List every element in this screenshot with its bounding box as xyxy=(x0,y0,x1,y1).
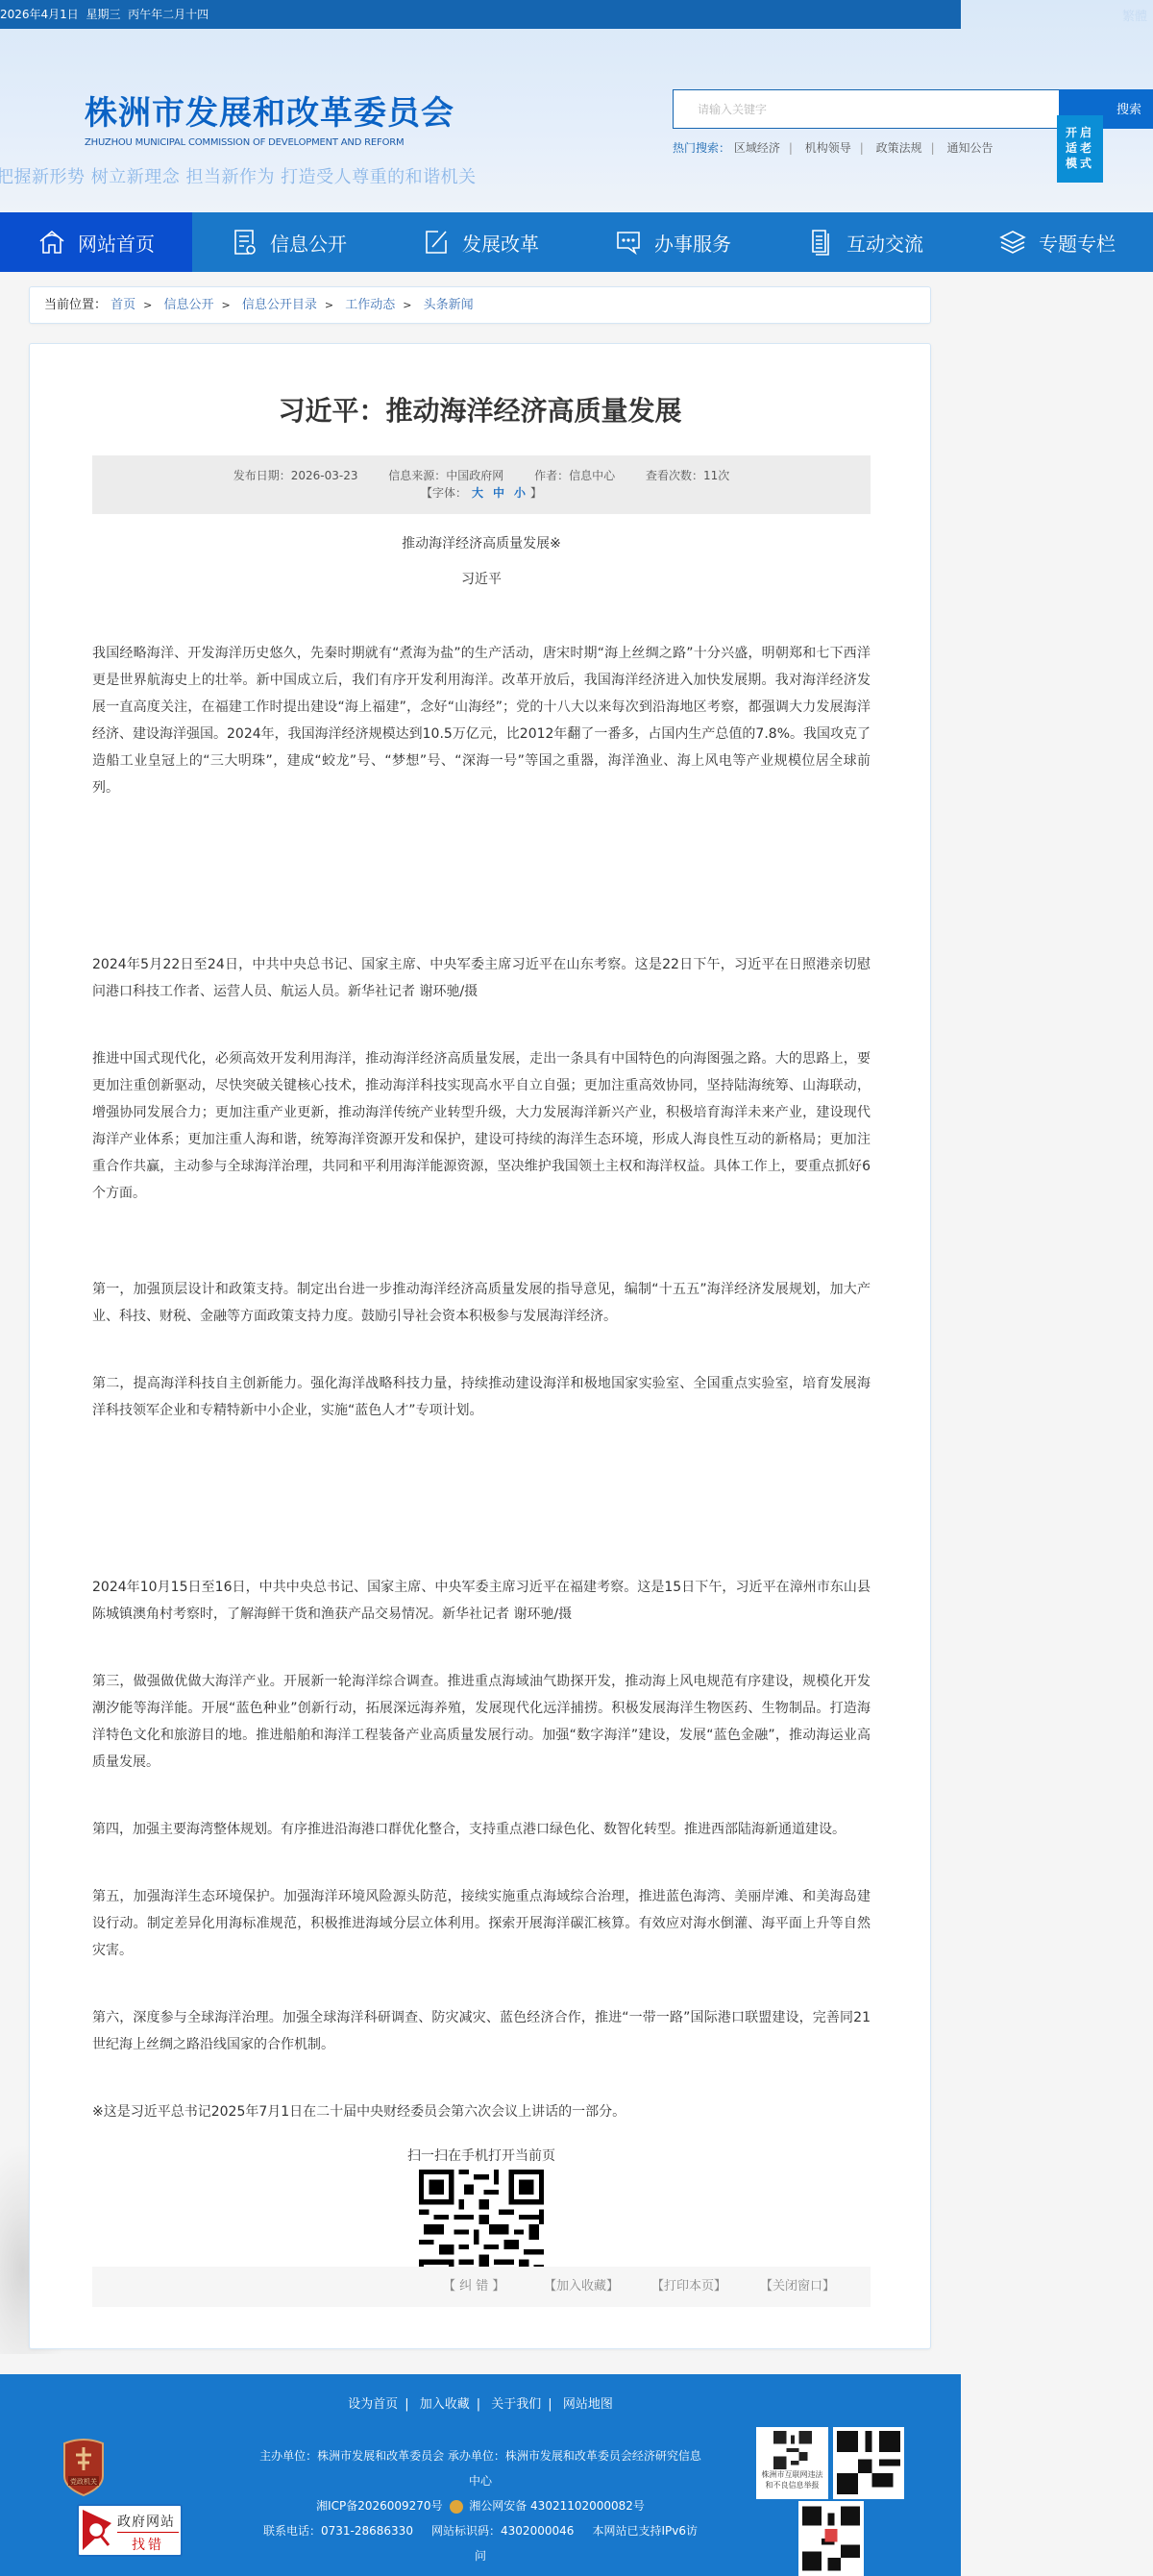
edit-icon xyxy=(422,228,451,257)
qr-code-icon xyxy=(837,2431,900,2494)
breadcrumb-separator: > xyxy=(325,299,333,311)
footer-link-favorite[interactable]: 加入收藏 xyxy=(420,2397,470,2412)
publish-date: 发布日期：2026-03-23 xyxy=(233,469,358,482)
chat-icon xyxy=(614,228,643,257)
nav-label: 发展改革 xyxy=(462,229,539,257)
article-subtitle: 推动海洋经济高质量发展※ xyxy=(92,527,871,562)
wechat-qr-code[interactable] xyxy=(833,2427,904,2499)
search-input[interactable] xyxy=(674,90,1059,128)
nav-item-special-topics[interactable]: 专题专栏 xyxy=(961,212,1153,272)
font-size-small[interactable]: 小 xyxy=(514,486,526,500)
print-page-button[interactable]: 【打印本页】 xyxy=(651,2267,726,2307)
lunar-date: 丙午年二月十四 xyxy=(128,8,209,21)
article-title: 习近平：推动海洋经济高质量发展 xyxy=(30,390,930,429)
article-card: 习近平：推动海洋经济高质量发展 发布日期：2026-03-23 信息来源：中国政… xyxy=(29,343,931,2349)
view-count: 查看次数：11次 xyxy=(646,469,729,482)
close-window-button[interactable]: 【关闭窗口】 xyxy=(760,2267,835,2307)
breadcrumb-item[interactable]: 头条新闻 xyxy=(424,298,474,312)
qr-code-icon xyxy=(802,2505,860,2572)
qr-code-icon xyxy=(773,2431,812,2469)
breadcrumb-item[interactable]: 首页 xyxy=(110,298,135,312)
weekday: 星期三 xyxy=(86,8,120,21)
site-code: 网站标识码：4302000046 xyxy=(431,2524,574,2538)
paragraph: 推进中国式现代化，必须高效开发利用海洋，推动海洋经济高质量发展，走出一条具有中国… xyxy=(92,1045,871,1207)
hot-search-item[interactable]: 区域经济 xyxy=(734,141,780,155)
paragraph: 第三，做强做优做大海洋产业。开展新一轮海洋综合调查。推进重点海域油气勘探开发，推… xyxy=(92,1668,871,1776)
font-size-close: 】 xyxy=(530,486,542,500)
hot-search: 热门搜索： 区域经济| 机构领导| 政策法规| 通知公告 xyxy=(673,139,994,156)
breadcrumb-item[interactable]: 工作动态 xyxy=(345,298,395,312)
nav-label: 专题专栏 xyxy=(1039,229,1116,257)
empty-line xyxy=(92,1247,871,1276)
paragraph: 第四，加强主要海湾整体规划。有序推进沿海港口群优化整合，支持重点港口绿色化、数智… xyxy=(92,1816,871,1843)
layers-icon xyxy=(998,228,1027,257)
footer-link-set-home[interactable]: 设为首页 xyxy=(348,2397,398,2412)
report-error-button[interactable]: 【 纠 错 】 xyxy=(443,2267,504,2307)
author: 作者：信息中心 xyxy=(534,469,615,482)
nav-label: 信息公开 xyxy=(270,229,347,257)
document-icon xyxy=(230,228,258,257)
hot-search-item[interactable]: 通知公告 xyxy=(947,141,994,155)
divider: | xyxy=(789,141,793,155)
home-icon xyxy=(37,228,66,257)
font-size-label: 【字体： xyxy=(421,486,467,500)
top-bar: 2026年4月1日 星期三 丙午年二月十四 xyxy=(0,0,961,29)
badge-text-1: 政府网站 xyxy=(117,2512,175,2531)
site-title[interactable]: 株洲市发展和改革委员会 xyxy=(85,86,454,134)
sponsor-info: 主办单位：株洲市发展和改革委员会 承办单位：株洲市发展和改革委员会经济研究信息中… xyxy=(259,2443,701,2493)
pages-icon xyxy=(806,228,835,257)
footer-link-about[interactable]: 关于我们 xyxy=(491,2397,541,2412)
paragraph: 第一，加强顶层设计和政策支持。制定出台进一步推动海洋经济高质量发展的指导意见，编… xyxy=(92,1276,871,1330)
slogan: 把握新形势 树立新理念 担当新作为 打造受人尊重的和谐机关 xyxy=(0,163,477,188)
nav-item-info-public[interactable]: 信息公开 xyxy=(192,212,384,272)
breadcrumb-separator: > xyxy=(403,299,411,311)
party-government-badge[interactable]: 党政机关 xyxy=(61,2438,107,2497)
report-qr-code[interactable]: 株洲市互联网违法和不良信息举报 xyxy=(756,2427,828,2499)
breadcrumb-item[interactable]: 信息公开 xyxy=(164,298,214,312)
paragraph: 第二，提高海洋科技自主创新能力。强化海洋战略科技力量，持续推动建设海洋和极地国家… xyxy=(92,1370,871,1424)
site-subtitle-en: ZHUZHOU MUNICIPAL COMMISSION OF DEVELOPM… xyxy=(85,137,404,148)
nav-item-development-reform[interactable]: 发展改革 xyxy=(384,212,576,272)
footer-links: 设为首页| 加入收藏| 关于我们| 网站地图 xyxy=(0,2393,961,2412)
qr-label: 扫一扫在手机打开当前页 xyxy=(92,2147,871,2166)
filing-info: 湘ICP备2026009270号 湘公网安备 43021102000082号 xyxy=(259,2493,701,2518)
phone: 联系电话：0731-28686330 xyxy=(263,2524,413,2538)
app-qr-code[interactable] xyxy=(798,2501,864,2576)
divider: | xyxy=(405,2397,408,2412)
breadcrumb-label: 当前位置： xyxy=(44,298,107,312)
divider: | xyxy=(931,141,935,155)
gov-site-error-report-badge[interactable]: 政府网站 找错 xyxy=(77,2504,183,2557)
nav-label: 办事服务 xyxy=(654,229,731,257)
footer-info: 主办单位：株洲市发展和改革委员会 承办单位：株洲市发展和改革委员会经济研究信息中… xyxy=(259,2443,701,2568)
breadcrumb-item[interactable]: 信息公开目录 xyxy=(242,298,317,312)
search-box xyxy=(673,89,1060,129)
magnifier-icon xyxy=(79,2506,115,2555)
police-filing-link[interactable]: 湘公网安备 43021102000082号 xyxy=(469,2499,645,2513)
nav-item-services[interactable]: 办事服务 xyxy=(576,212,769,272)
traditional-chinese-toggle[interactable]: 繁體 xyxy=(1122,6,1153,24)
paragraph: 第六，深度参与全球海洋治理。加强全球海洋科研调查、防灾减灾、蓝色经济合作，推进“… xyxy=(92,2004,871,2058)
main-nav: 网站首页 信息公开 发展改革 办事服务 互动交流 专题专栏 xyxy=(0,212,1153,272)
elder-mode-button[interactable]: 开启适老模式 xyxy=(1057,115,1103,183)
footnote: ※这是习近平总书记2025年7月1日在二十届中央财经委员会第六次会议上讲话的一部… xyxy=(92,2098,871,2125)
police-badge-icon xyxy=(450,2500,463,2514)
paragraph: 第五，加强海洋生态环境保护。加强海洋环境风险源头防范，接续实施重点海域综合治理，… xyxy=(92,1883,871,1964)
icp-link[interactable]: 湘ICP备2026009270号 xyxy=(316,2499,443,2513)
report-qr-caption: 株洲市互联网违法和不良信息举报 xyxy=(759,2469,825,2490)
hot-search-label: 热门搜索： xyxy=(673,141,730,155)
footer-link-sitemap[interactable]: 网站地图 xyxy=(563,2397,613,2412)
hot-search-item[interactable]: 政策法规 xyxy=(876,141,922,155)
article-byline: 习近平 xyxy=(92,562,871,598)
breadcrumb: 当前位置： 首页> 信息公开> 信息公开目录> 工作动态> 头条新闻 xyxy=(29,286,931,324)
divider: | xyxy=(548,2397,552,2412)
badge-text-2: 找错 xyxy=(132,2535,164,2554)
nav-item-home[interactable]: 网站首页 xyxy=(0,212,192,272)
divider: | xyxy=(860,141,864,155)
hot-search-item[interactable]: 机构领导 xyxy=(805,141,851,155)
breadcrumb-separator: > xyxy=(222,299,231,311)
current-date: 2026年4月1日 xyxy=(0,8,79,21)
badge-divider xyxy=(117,2532,179,2533)
image-placeholder xyxy=(92,842,871,951)
article-actions: 【 纠 错 】 【加入收藏】 【打印本页】 【关闭窗口】 xyxy=(92,2267,871,2307)
info-source: 信息来源：中国政府网 xyxy=(388,469,503,482)
font-size-medium[interactable]: 中 xyxy=(493,486,504,500)
nav-item-interaction[interactable]: 互动交流 xyxy=(769,212,961,272)
font-size-large[interactable]: 大 xyxy=(472,486,483,500)
photo-caption: 2024年5月22日至24日，中共中央总书记、国家主席、中央军委主席习近平在山东… xyxy=(92,951,871,1005)
article-body: 推动海洋经济高质量发展※ 习近平 我国经略海洋、开发海洋历史悠久，先秦时期就有“… xyxy=(92,527,871,2294)
nav-label: 互动交流 xyxy=(846,229,923,257)
image-placeholder xyxy=(92,1464,871,1574)
divider: | xyxy=(477,2397,480,2412)
party-emblem-icon: 党政机关 xyxy=(61,2438,107,2497)
svg-text:党政机关: 党政机关 xyxy=(70,2477,97,2486)
nav-label: 网站首页 xyxy=(78,229,155,257)
contact-info: 联系电话：0731-28686330 网站标识码：4302000046 本网站已… xyxy=(259,2518,701,2568)
photo-caption: 2024年10月15日至16日，中共中央总书记、国家主席、中央军委主席习近平在福… xyxy=(92,1574,871,1628)
add-favorite-button[interactable]: 【加入收藏】 xyxy=(544,2267,619,2307)
breadcrumb-separator: > xyxy=(143,299,152,311)
article-meta: 发布日期：2026-03-23 信息来源：中国政府网 作者：信息中心 查看次数：… xyxy=(92,455,871,514)
paragraph: 我国经略海洋、开发海洋历史悠久，先秦时期就有“煮海为盐”的生产活动，唐宋时期“海… xyxy=(92,640,871,801)
